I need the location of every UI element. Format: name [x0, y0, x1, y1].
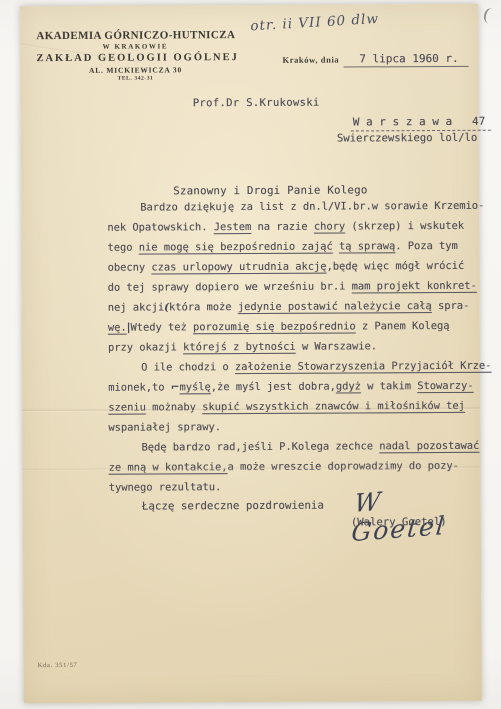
print-code: Kda. 351/57: [38, 662, 78, 669]
dateline-place-label: Kraków, dnia: [282, 55, 339, 65]
text-segment: Będę bardzo rad,jeśli P.Kolega zechce: [141, 440, 379, 453]
text-segment: mionek,to: [108, 381, 171, 393]
text-segment: którejś z bytności: [183, 341, 296, 354]
text-segment: na razie: [251, 221, 314, 233]
text-segment: jedynie postawić należycie całą: [238, 300, 432, 313]
handwritten-received-note: otr. ii VII 60 dlw: [250, 11, 379, 34]
text-segment: w takim: [361, 380, 417, 392]
text-segment: do tej sprawy dopiero we wrześniu br.i: [108, 280, 352, 293]
scan-edge-artifact: [482, 7, 498, 26]
addressee-name: Prof.Dr S.Krukowski: [193, 97, 320, 110]
body-line: Bardzo dziękuję za list z dn.l/VI.br.w s…: [107, 200, 479, 222]
handwritten-signature: W Goetel: [350, 479, 483, 547]
body-line: nek Opatowskich. Jestem na razie chory (…: [107, 220, 479, 242]
text-segment: spra-: [432, 300, 470, 312]
text-segment: Stowarzy-: [417, 380, 473, 392]
text-segment: a może wreszcie doprowadzimy do pozy-: [227, 460, 459, 473]
letter-paper: AKADEMIA GÓRNICZO-HUTNICZA W KRAKOWIE ZA…: [20, 4, 482, 703]
text-segment: przy okazji: [108, 341, 183, 353]
text-segment: wę.: [108, 322, 127, 334]
dateline: Kraków, dnia 7 lipca 1960 r.: [282, 52, 468, 68]
text-segment: . Poza tym: [395, 240, 458, 252]
letterhead-city: W KRAKOWIE: [36, 42, 234, 51]
letterhead-institution: AKADEMIA GÓRNICZO-HUTNICZA: [36, 29, 234, 42]
scanned-letter: AKADEMIA GÓRNICZO-HUTNICZA W KRAKOWIE ZA…: [0, 0, 501, 709]
text-segment: w Warszawie.: [296, 340, 377, 352]
text-segment: ze mną w kontakcie,: [109, 461, 228, 474]
text-segment: Jestem: [214, 221, 252, 233]
text-segment: skupić wszystkich znawców i miłośników t…: [202, 400, 465, 413]
letterhead-address: AL. MICKIEWICZA 30: [36, 65, 234, 75]
text-segment: Wtedy też: [130, 321, 193, 333]
salutation: Szanowny i Drogi Panie Kolego: [173, 183, 367, 197]
text-segment: nek Opatowskich.: [107, 221, 213, 234]
letterhead: AKADEMIA GÓRNICZO-HUTNICZA W KRAKOWIE ZA…: [36, 29, 234, 82]
body-line: wę.|Wtedy też porozumię się bezpośrednio…: [108, 320, 480, 342]
typed-signature: (Walery Goetel): [351, 516, 447, 529]
text-segment: chory: [314, 221, 345, 233]
body-line: do tej sprawy dopiero we wrześniu br.i m…: [108, 280, 480, 302]
body-line: przy okazji którejś z bytności w Warszaw…: [108, 340, 480, 362]
text-segment: tego: [107, 242, 138, 254]
text-segment: czas urlopowy utrudnia akcję: [151, 261, 326, 274]
body-line: ze mną w kontakcie,a może wreszcie dopro…: [109, 460, 481, 482]
text-segment: ,będę więc mógł wrócić: [326, 260, 464, 273]
dateline-date: 7 lipca 1960 r.: [343, 52, 468, 68]
text-segment: tą sprawą: [339, 240, 395, 252]
text-segment: wspaniałej sprawy.: [108, 421, 221, 434]
text-segment: szeniu: [108, 402, 146, 414]
body-line: mionek,to ⌐myślę,że myśl jest dobra,gdyż…: [108, 380, 480, 402]
closing-line: Łączę serdeczne pozdrowienia: [142, 499, 324, 513]
text-segment: tywnego rezultatu.: [109, 481, 222, 494]
text-segment: (skrzep) i wskutek: [345, 220, 464, 233]
text-segment: myślę: [179, 381, 210, 393]
text-segment: założenie Stowarzyszenia Przyjaciół Krze…: [235, 360, 492, 373]
text-segment: Bardzo dziękuję za list z dn.l/VI.br.w s…: [140, 200, 484, 214]
text-segment: nej akcji: [108, 301, 164, 313]
letterhead-department: ZAKŁAD GEOLOGII OGÓLNEJ: [36, 52, 234, 64]
body-line: wspaniałej sprawy.: [108, 420, 480, 442]
text-segment: możnaby: [146, 401, 202, 413]
body-line: obecny czas urlopowy utrudnia akcję,będę…: [108, 260, 480, 282]
addressee-city: W a r s z a w a 47: [351, 115, 492, 132]
text-segment: ,że myśl jest dobra,: [211, 381, 336, 394]
addressee-street: Swierczewskiego lol/lo: [337, 132, 477, 145]
body-line: Będę bardzo rad,jeśli P.Kolega zechce na…: [108, 440, 480, 462]
text-segment: nadal pozostawać: [379, 440, 479, 453]
body-line: szeniu możnaby skupić wszystkich znawców…: [108, 400, 480, 422]
text-segment: która może: [169, 301, 238, 313]
letter-body: Bardzo dziękuję za list z dn.l/VI.br.w s…: [107, 200, 481, 502]
body-line: nej akcji(która może jedynie postawić na…: [108, 300, 480, 322]
text-segment: porozumię się bezpośrednio: [193, 320, 356, 333]
body-line: tego nie mogę się bezpośrednio zająć tą …: [107, 240, 479, 262]
text-segment: gdyż: [336, 380, 361, 392]
text-segment: nie mogę się bezpośrednio zająć: [139, 241, 333, 254]
letterhead-phone: TEL. 342-31: [37, 75, 235, 82]
text-segment: mam projekt konkret-: [352, 280, 477, 293]
body-line: O ile chodzi o założenie Stowarzyszenia …: [108, 360, 480, 382]
text-segment: obecny: [108, 262, 152, 274]
text-segment: z Panem Kolegą: [356, 320, 450, 332]
text-segment: O ile chodzi o: [141, 361, 235, 373]
